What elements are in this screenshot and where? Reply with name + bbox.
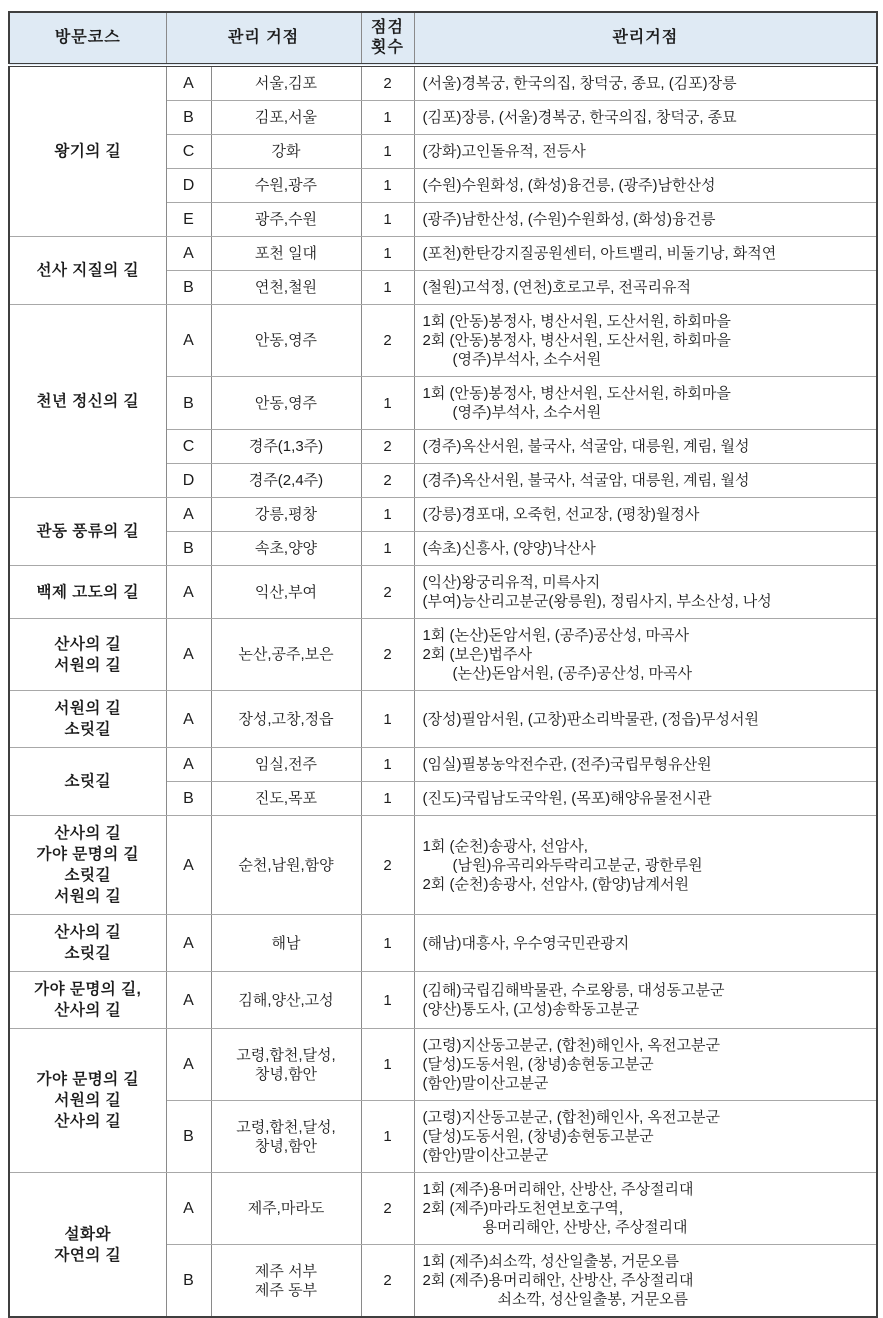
table-row: 산사의 길서원의 길A논산,공주,보은21회 (논산)돈암서원, (공주)공산성… [9,619,877,691]
course-name-line: 서원의 길 [14,886,162,907]
course-cell: 소릿길 [9,748,166,816]
count-cell: 2 [361,1173,414,1245]
detail-line: (속초)신흥사, (양양)낙산사 [423,539,871,558]
detail-line: (달성)도동서원, (창녕)송현동고분군 [423,1127,871,1146]
count-cell: 1 [361,782,414,816]
course-name-line: 자연의 길 [14,1245,162,1266]
detail-line: (광주)남한산성, (수원)수원화성, (화성)융건릉 [423,210,871,229]
base-cell: 강화 [211,135,361,169]
base-line: 안동,영주 [216,331,357,350]
route-letter-cell: A [166,691,211,748]
base-cell: 순천,남원,함양 [211,816,361,915]
details-cell: 1회 (순천)송광사, 선암사, (남원)유곡리와두락리고분군, 광한루원2회 … [414,816,877,915]
base-cell: 고령,합천,달성,창녕,함안 [211,1101,361,1173]
base-line: 경주(2,4주) [216,471,357,490]
base-line: 제주 동부 [216,1281,357,1300]
route-letter-cell: D [166,464,211,498]
course-cell: 산사의 길서원의 길 [9,619,166,691]
course-name-line: 서원의 길 [14,655,162,676]
base-line: 광주,수원 [216,210,357,229]
detail-line: 1회 (제주)쇠소깍, 성산일출봉, 거문오름 [423,1252,871,1271]
course-name-line: 왕기의 길 [14,141,162,162]
route-letter-cell: A [166,498,211,532]
course-name-line: 선사 지질의 길 [14,260,162,281]
table-row: 설화와자연의 길A제주,마라도21회 (제주)용머리해안, 산방산, 주상절리대… [9,1173,877,1245]
route-letter-cell: A [166,1173,211,1245]
count-cell: 2 [361,464,414,498]
detail-line: (진도)국립남도국악원, (목포)해양유물전시관 [423,789,871,808]
detail-line: (논산)돈암서원, (공주)공산성, 마곡사 [423,664,871,683]
count-cell: 1 [361,101,414,135]
course-name-line: 소릿길 [14,943,162,964]
detail-line: 1회 (안동)봉정사, 병산서원, 도산서원, 하회마을 [423,312,871,331]
base-cell: 김해,양산,고성 [211,972,361,1029]
details-cell: 1회 (안동)봉정사, 병산서원, 도산서원, 하회마을 (영주)부석사, 소수… [414,377,877,430]
base-cell: 광주,수원 [211,203,361,237]
count-cell: 2 [361,1245,414,1318]
course-name-line: 가야 문명의 길 [14,1069,162,1090]
course-name-line: 관동 풍류의 길 [14,521,162,542]
detail-line: (강릉)경포대, 오죽헌, 선교장, (평창)월정사 [423,505,871,524]
course-name-line: 설화와 [14,1224,162,1245]
details-cell: (경주)옥산서원, 불국사, 석굴암, 대릉원, 계림, 월성 [414,464,877,498]
detail-line: (김포)장릉, (서울)경복궁, 한국의집, 창덕궁, 종묘 [423,108,871,127]
details-cell: (고령)지산동고분군, (합천)해인사, 옥전고분군(달성)도동서원, (창녕)… [414,1029,877,1101]
count-cell: 1 [361,1029,414,1101]
base-line: 창녕,함안 [216,1137,357,1156]
detail-line: (포천)한탄강지질공원센터, 아트밸리, 비둘기낭, 화적연 [423,244,871,263]
details-cell: 1회 (제주)용머리해안, 산방산, 주상절리대2회 (제주)마라도천연보호구역… [414,1173,877,1245]
table-row: 서원의 길소릿길A장성,고창,정읍1(장성)필암서원, (고창)판소리박물관, … [9,691,877,748]
details-cell: (해남)대흥사, 우수영국민관광지 [414,915,877,972]
details-cell: (철원)고석정, (연천)호로고루, 전곡리유적 [414,271,877,305]
course-cell: 산사의 길가야 문명의 길소릿길서원의 길 [9,816,166,915]
course-cell: 천년 정신의 길 [9,305,166,498]
base-cell: 제주,마라도 [211,1173,361,1245]
header-row: 방문코스 관리 거점 점검 횟수 관리거점 [9,12,877,65]
base-cell: 경주(2,4주) [211,464,361,498]
base-line: 장성,고창,정읍 [216,710,357,729]
details-cell: (진도)국립남도국악원, (목포)해양유물전시관 [414,782,877,816]
base-line: 속초,양양 [216,539,357,558]
header-details: 관리거점 [414,12,877,65]
course-name-line: 소릿길 [14,865,162,886]
course-cell: 설화와자연의 길 [9,1173,166,1318]
base-cell: 서울,김포 [211,65,361,101]
header-count-line1: 점검 [364,18,412,38]
course-cell: 선사 지질의 길 [9,237,166,305]
detail-line: (장성)필암서원, (고창)판소리박물관, (정읍)무성서원 [423,710,871,729]
detail-line: (수원)수원화성, (화성)융건릉, (광주)남한산성 [423,176,871,195]
course-name-line: 산사의 길 [14,1000,162,1021]
base-line: 제주,마라도 [216,1199,357,1218]
route-letter-cell: A [166,65,211,101]
base-line: 경주(1,3주) [216,437,357,456]
course-name-line: 산사의 길 [14,634,162,655]
course-cell: 백제 고도의 길 [9,566,166,619]
route-letter-cell: A [166,237,211,271]
detail-line: 2회 (순천)송광사, 선암사, (함양)남계서원 [423,875,871,894]
base-cell: 안동,영주 [211,377,361,430]
table-row: 산사의 길가야 문명의 길소릿길서원의 길A순천,남원,함양21회 (순천)송광… [9,816,877,915]
base-cell: 경주(1,3주) [211,430,361,464]
table-row: 가야 문명의 길서원의 길산사의 길A고령,합천,달성,창녕,함안1(고령)지산… [9,1029,877,1101]
route-letter-cell: E [166,203,211,237]
course-name-line: 서원의 길 [14,698,162,719]
base-line: 김해,양산,고성 [216,991,357,1010]
detail-line: 2회 (제주)마라도천연보호구역, [423,1199,871,1218]
base-cell: 익산,부여 [211,566,361,619]
detail-line: (달성)도동서원, (창녕)송현동고분군 [423,1055,871,1074]
route-letter-cell: A [166,915,211,972]
count-cell: 2 [361,430,414,464]
base-cell: 속초,양양 [211,532,361,566]
details-cell: (광주)남한산성, (수원)수원화성, (화성)융건릉 [414,203,877,237]
details-cell: (김포)장릉, (서울)경복궁, 한국의집, 창덕궁, 종묘 [414,101,877,135]
base-cell: 임실,전주 [211,748,361,782]
detail-line: (함안)말이산고분군 [423,1146,871,1165]
count-cell: 1 [361,1101,414,1173]
table-header: 방문코스 관리 거점 점검 횟수 관리거점 [9,12,877,65]
route-letter-cell: D [166,169,211,203]
base-line: 고령,합천,달성, [216,1046,357,1065]
detail-line: (함안)말이산고분군 [423,1074,871,1093]
base-cell: 포천 일대 [211,237,361,271]
base-cell: 논산,공주,보은 [211,619,361,691]
details-cell: (강화)고인돌유적, 전등사 [414,135,877,169]
count-cell: 1 [361,203,414,237]
course-name-line: 산사의 길 [14,1111,162,1132]
base-cell: 장성,고창,정읍 [211,691,361,748]
course-name-line: 소릿길 [14,771,162,792]
table-row: 가야 문명의 길,산사의 길A김해,양산,고성1(김해)국립김해박물관, 수로왕… [9,972,877,1029]
detail-line: (경주)옥산서원, 불국사, 석굴암, 대릉원, 계림, 월성 [423,471,871,490]
route-letter-cell: B [166,1245,211,1318]
count-cell: 1 [361,691,414,748]
course-cell: 관동 풍류의 길 [9,498,166,566]
table-row: 선사 지질의 길A포천 일대1(포천)한탄강지질공원센터, 아트밸리, 비둘기낭… [9,237,877,271]
course-name-line: 산사의 길 [14,823,162,844]
count-cell: 1 [361,135,414,169]
base-cell: 진도,목포 [211,782,361,816]
route-letter-cell: B [166,532,211,566]
base-line: 고령,합천,달성, [216,1118,357,1137]
base-line: 익산,부여 [216,583,357,602]
detail-line: (부여)능산리고분군(왕릉원), 정림사지, 부소산성, 나성 [423,592,871,611]
count-cell: 1 [361,972,414,1029]
base-cell: 수원,광주 [211,169,361,203]
detail-line: (영주)부석사, 소수서원 [423,403,871,422]
base-cell: 고령,합천,달성,창녕,함안 [211,1029,361,1101]
base-cell: 안동,영주 [211,305,361,377]
count-cell: 1 [361,748,414,782]
details-cell: 1회 (논산)돈암서원, (공주)공산성, 마곡사2회 (보은)법주사 (논산)… [414,619,877,691]
detail-line: (양산)통도사, (고성)송학동고분군 [423,1000,871,1019]
base-line: 논산,공주,보은 [216,645,357,664]
course-cell: 산사의 길소릿길 [9,915,166,972]
detail-line: (철원)고석정, (연천)호로고루, 전곡리유적 [423,278,871,297]
count-cell: 1 [361,271,414,305]
course-name-line: 소릿길 [14,719,162,740]
course-name-line: 천년 정신의 길 [14,391,162,412]
base-cell: 강릉,평창 [211,498,361,532]
details-cell: (서울)경복궁, 한국의집, 창덕궁, 종묘, (김포)장릉 [414,65,877,101]
details-cell: (속초)신흥사, (양양)낙산사 [414,532,877,566]
count-cell: 2 [361,816,414,915]
route-letter-cell: A [166,816,211,915]
route-letter-cell: B [166,271,211,305]
detail-line: (고령)지산동고분군, (합천)해인사, 옥전고분군 [423,1036,871,1055]
course-name-line: 서원의 길 [14,1090,162,1111]
base-line: 임실,전주 [216,755,357,774]
base-line: 진도,목포 [216,789,357,808]
route-letter-cell: A [166,619,211,691]
details-cell: (수원)수원화성, (화성)융건릉, (광주)남한산성 [414,169,877,203]
details-cell: 1회 (제주)쇠소깍, 성산일출봉, 거문오름2회 (제주)용머리해안, 산방산… [414,1245,877,1318]
route-letter-cell: B [166,1101,211,1173]
base-line: 해남 [216,934,357,953]
course-name-line: 산사의 길 [14,922,162,943]
details-cell: (김해)국립김해박물관, 수로왕릉, 대성동고분군(양산)통도사, (고성)송학… [414,972,877,1029]
details-cell: (포천)한탄강지질공원센터, 아트밸리, 비둘기낭, 화적연 [414,237,877,271]
count-cell: 2 [361,305,414,377]
route-letter-cell: C [166,135,211,169]
base-cell: 해남 [211,915,361,972]
detail-line: 1회 (제주)용머리해안, 산방산, 주상절리대 [423,1180,871,1199]
table-row: 왕기의 길A서울,김포2(서울)경복궁, 한국의집, 창덕궁, 종묘, (김포)… [9,65,877,101]
details-cell: (경주)옥산서원, 불국사, 석굴암, 대릉원, 계림, 월성 [414,430,877,464]
course-name-line: 가야 문명의 길 [14,844,162,865]
count-cell: 1 [361,498,414,532]
course-cell: 가야 문명의 길,산사의 길 [9,972,166,1029]
visit-course-table: 방문코스 관리 거점 점검 횟수 관리거점 왕기의 길A서울,김포2(서울)경복… [8,11,878,1318]
detail-line: 2회 (제주)용머리해안, 산방산, 주상절리대 [423,1271,871,1290]
detail-line: 1회 (순천)송광사, 선암사, [423,837,871,856]
detail-line: (김해)국립김해박물관, 수로왕릉, 대성동고분군 [423,981,871,1000]
table-row: 백제 고도의 길A익산,부여2(익산)왕궁리유적, 미륵사지(부여)능산리고분군… [9,566,877,619]
details-cell: 1회 (안동)봉정사, 병산서원, 도산서원, 하회마을2회 (안동)봉정사, … [414,305,877,377]
base-line: 서울,김포 [216,74,357,93]
detail-line: (남원)유곡리와두락리고분군, 광한루원 [423,856,871,875]
table-body: 왕기의 길A서울,김포2(서울)경복궁, 한국의집, 창덕궁, 종묘, (김포)… [9,65,877,1317]
detail-line: 쇠소깍, 성산일출봉, 거문오름 [423,1290,871,1309]
count-cell: 1 [361,169,414,203]
route-letter-cell: A [166,566,211,619]
base-cell: 김포,서울 [211,101,361,135]
count-cell: 2 [361,566,414,619]
base-line: 강릉,평창 [216,505,357,524]
page: 방문코스 관리 거점 점검 횟수 관리거점 왕기의 길A서울,김포2(서울)경복… [0,0,883,1318]
details-cell: (고령)지산동고분군, (합천)해인사, 옥전고분군(달성)도동서원, (창녕)… [414,1101,877,1173]
count-cell: 1 [361,237,414,271]
detail-line: (강화)고인돌유적, 전등사 [423,142,871,161]
detail-line: 1회 (안동)봉정사, 병산서원, 도산서원, 하회마을 [423,384,871,403]
detail-line: (해남)대흥사, 우수영국민관광지 [423,934,871,953]
details-cell: (장성)필암서원, (고창)판소리박물관, (정읍)무성서원 [414,691,877,748]
base-line: 강화 [216,142,357,161]
base-line: 김포,서울 [216,108,357,127]
detail-line: (익산)왕궁리유적, 미륵사지 [423,573,871,592]
course-cell: 가야 문명의 길서원의 길산사의 길 [9,1029,166,1173]
header-course: 방문코스 [9,12,166,65]
route-letter-cell: A [166,1029,211,1101]
header-count-line2: 횟수 [364,38,412,58]
base-line: 순천,남원,함양 [216,856,357,875]
count-cell: 2 [361,619,414,691]
route-letter-cell: A [166,748,211,782]
base-line: 수원,광주 [216,176,357,195]
course-cell: 서원의 길소릿길 [9,691,166,748]
base-line: 연천,철원 [216,278,357,297]
route-letter-cell: B [166,377,211,430]
route-letter-cell: A [166,305,211,377]
count-cell: 1 [361,377,414,430]
detail-line: 2회 (안동)봉정사, 병산서원, 도산서원, 하회마을 [423,331,871,350]
base-line: 포천 일대 [216,244,357,263]
table-row: 천년 정신의 길A안동,영주21회 (안동)봉정사, 병산서원, 도산서원, 하… [9,305,877,377]
table-row: 관동 풍류의 길A강릉,평창1(강릉)경포대, 오죽헌, 선교장, (평창)월정… [9,498,877,532]
base-line: 창녕,함안 [216,1065,357,1084]
count-cell: 1 [361,915,414,972]
route-letter-cell: B [166,782,211,816]
details-cell: (강릉)경포대, 오죽헌, 선교장, (평창)월정사 [414,498,877,532]
detail-line: 1회 (논산)돈암서원, (공주)공산성, 마곡사 [423,626,871,645]
base-cell: 연천,철원 [211,271,361,305]
course-cell: 왕기의 길 [9,65,166,237]
detail-line: (영주)부석사, 소수서원 [423,350,871,369]
base-line: 제주 서부 [216,1262,357,1281]
base-line: 안동,영주 [216,394,357,413]
table-row: 소릿길A임실,전주1(임실)필봉농악전수관, (전주)국립무형유산원 [9,748,877,782]
count-cell: 2 [361,65,414,101]
course-name-line: 가야 문명의 길, [14,979,162,1000]
header-base: 관리 거점 [166,12,361,65]
route-letter-cell: A [166,972,211,1029]
base-cell: 제주 서부제주 동부 [211,1245,361,1318]
detail-line: (임실)필봉농악전수관, (전주)국립무형유산원 [423,755,871,774]
route-letter-cell: C [166,430,211,464]
details-cell: (익산)왕궁리유적, 미륵사지(부여)능산리고분군(왕릉원), 정림사지, 부소… [414,566,877,619]
detail-line: 용머리해안, 산방산, 주상절리대 [423,1218,871,1237]
details-cell: (임실)필봉농악전수관, (전주)국립무형유산원 [414,748,877,782]
course-name-line: 백제 고도의 길 [14,582,162,603]
route-letter-cell: B [166,101,211,135]
detail-line: (서울)경복궁, 한국의집, 창덕궁, 종묘, (김포)장릉 [423,74,871,93]
detail-line: (경주)옥산서원, 불국사, 석굴암, 대릉원, 계림, 월성 [423,437,871,456]
table-row: 산사의 길소릿길A해남1(해남)대흥사, 우수영국민관광지 [9,915,877,972]
count-cell: 1 [361,532,414,566]
header-count: 점검 횟수 [361,12,414,65]
detail-line: 2회 (보은)법주사 [423,645,871,664]
detail-line: (고령)지산동고분군, (합천)해인사, 옥전고분군 [423,1108,871,1127]
